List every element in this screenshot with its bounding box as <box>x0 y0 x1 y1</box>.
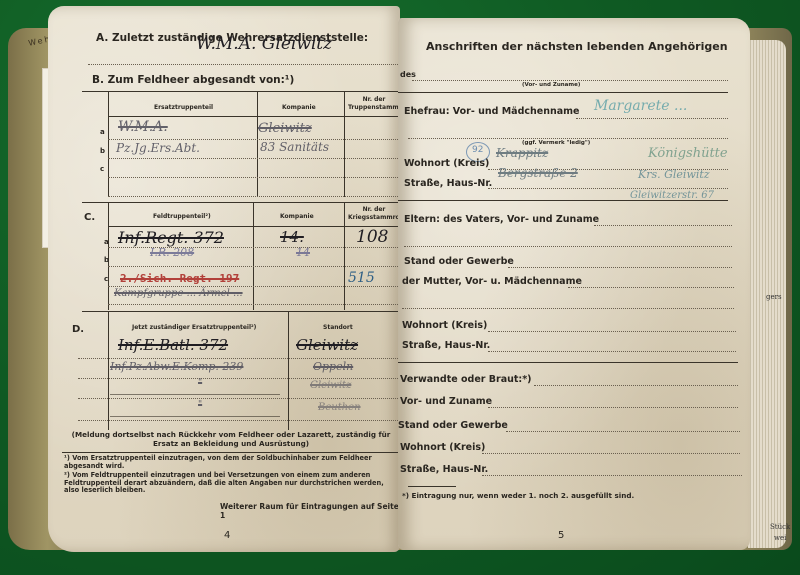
b-row-a-company: Gleiwitz <box>258 121 312 136</box>
col-header: Nr. der Kriegsstammrolle <box>348 206 400 222</box>
edge-fragment: wei <box>774 534 786 542</box>
table-vline <box>344 92 345 197</box>
dotted-line <box>78 398 400 399</box>
strasse-value: Krs. Gleiwitz <box>638 168 710 181</box>
dotted-line <box>568 287 734 288</box>
dotted-line <box>108 177 400 178</box>
continuation-note: Weiterer Raum für Eintragungen auf Seite… <box>220 502 400 520</box>
col-header: Nr. der Truppenstammrolle <box>348 96 400 112</box>
c-row-a-unit: Inf.Regt. 372 <box>118 228 224 247</box>
c-row-extra: Kampfgruppe ... Ärmel ... <box>114 288 243 299</box>
dotted-line <box>412 80 728 81</box>
strasse-struck: Bergstraße 2 <box>498 166 578 180</box>
col-header: Feldtruppenteil²) <box>153 213 211 220</box>
section-rule <box>398 200 728 201</box>
field-label: Straße, Haus-Nr. <box>402 340 490 351</box>
section-rule <box>398 362 738 363</box>
table-vline <box>257 92 258 197</box>
dotted-line <box>108 158 400 159</box>
c-row-b-company: 14 <box>296 246 310 259</box>
dotted-line <box>88 64 398 65</box>
row-letter: b <box>104 256 109 264</box>
table-vline <box>108 92 109 197</box>
dotted-line <box>482 453 740 454</box>
dotted-line <box>78 420 400 421</box>
right-page-title: Anschriften der nächsten lebenden Angehö… <box>426 40 728 53</box>
col-header: Standort <box>323 324 353 331</box>
table-rule <box>82 202 400 203</box>
dotted-line <box>408 138 728 139</box>
left-page: A. Zuletzt zuständige Wehrersatzdienstst… <box>48 6 400 552</box>
field-label: Vor- und Zuname <box>400 396 492 407</box>
field-label: Wohnort (Kreis) <box>400 442 485 453</box>
b-row-b-unit: Pz.Jg.Ers.Abt. <box>116 141 200 155</box>
right-footnote: *) Eintragung nur, wenn weder 1. noch 2.… <box>402 491 634 500</box>
d-row-3-unit: " <box>198 378 202 388</box>
table-vline <box>108 312 109 430</box>
c-row-c-red-stamp: 2./Sich. Regt. 197 <box>120 272 239 285</box>
field-label: der Mutter, Vor- u. Mädchenname <box>402 276 582 287</box>
c-row-b-unit: I.R. 208 <box>150 246 194 259</box>
footnote-rule <box>408 486 456 487</box>
d-row-3-location: Gleiwitz <box>310 380 351 391</box>
table-vline <box>344 203 345 310</box>
table-rule <box>62 452 400 453</box>
row-letter: c <box>104 275 108 283</box>
row-letter: b <box>100 147 105 155</box>
dotted-line <box>508 267 732 268</box>
field-label: Verwandte oder Braut:*) <box>400 374 532 385</box>
dotted-line <box>108 286 400 287</box>
field-label: Stand oder Gewerbe <box>398 420 508 431</box>
table-rule <box>108 116 400 117</box>
dotted-line <box>576 118 728 119</box>
edge-fragment: Stück <box>770 523 790 531</box>
right-page: Anschriften der nächsten lebenden Angehö… <box>398 18 750 550</box>
field-label: Stand oder Gewerbe <box>404 256 514 267</box>
page-number-left: 4 <box>224 530 230 541</box>
footnote-2: ²) Vom Feldtruppenteil einzutragen und b… <box>64 472 400 495</box>
field-label: des <box>400 70 416 79</box>
dotted-line <box>482 475 742 476</box>
dotted-line <box>78 358 400 359</box>
dotted-line <box>534 385 738 386</box>
col-header: Ersatztruppenteil <box>154 104 213 111</box>
dotted-line <box>404 246 732 247</box>
dotted-line <box>488 407 738 408</box>
table-rule <box>82 311 400 312</box>
section-d-label: D. <box>72 324 84 335</box>
table-vline <box>253 203 254 310</box>
field-label: Straße, Haus-Nr. <box>400 464 488 475</box>
col-header: Kompanie <box>280 213 314 220</box>
d-row-4-location: Beuthen <box>318 402 361 413</box>
dotted-line <box>594 225 732 226</box>
field-sublabel: (Vor- und Zuname) <box>522 82 580 88</box>
section-rule <box>398 92 728 93</box>
dotted-line <box>488 351 736 352</box>
footnote-1: ¹) Vom Ersatztruppenteil einzutragen, vo… <box>64 455 400 470</box>
b-row-b-company: 83 Sanitäts <box>260 140 329 154</box>
col-header: Kompanie <box>282 104 316 111</box>
dotted-line <box>488 331 736 332</box>
c-row-a-company: 14. <box>280 228 304 246</box>
wohnort-struck: Krappitz <box>496 146 548 160</box>
page-number-right: 5 <box>558 530 564 541</box>
table-rule <box>82 91 400 92</box>
b-row-a-unit: W.M.A. <box>118 119 168 135</box>
d-row-1-unit: Inf.E.Batl. 372 <box>118 336 228 354</box>
section-a-handwriting: W.M.A. Gleiwitz <box>196 34 332 54</box>
section-d-note: (Meldung dortselbst nach Rückkehr vom Fe… <box>62 430 400 448</box>
row-letter: c <box>100 165 104 173</box>
row-letter: a <box>100 128 105 136</box>
d-row-1-location: Gleiwitz <box>296 336 358 354</box>
dotted-line <box>108 139 400 140</box>
c-row-c-number: 515 <box>348 270 375 286</box>
field-label: Wohnort (Kreis) <box>402 320 487 331</box>
dotted-line <box>402 308 734 309</box>
strike-line <box>110 416 280 417</box>
dotted-line <box>108 196 400 197</box>
field-label: Straße, Haus-Nr. <box>404 178 492 189</box>
section-b-label: B. Zum Feldheer abgesandt von:¹) <box>92 74 294 86</box>
dotted-line <box>108 266 400 267</box>
circle-stamp-text: 92 <box>472 145 483 155</box>
field-label: Wohnort (Kreis) <box>404 158 489 169</box>
d-row-2-location: Oppeln <box>313 360 353 373</box>
wife-name-handwriting: Margarete ... <box>594 98 687 114</box>
dotted-line <box>488 188 728 189</box>
dotted-line <box>108 304 400 305</box>
section-c-label: C. <box>84 212 95 223</box>
dotted-line <box>506 431 740 432</box>
row-letter: a <box>104 238 109 246</box>
dotted-line <box>78 378 400 379</box>
field-label: Ehefrau: Vor- und Mädchenname <box>404 106 580 117</box>
field-label: Eltern: des Vaters, Vor- und Zuname <box>404 214 599 225</box>
d-row-4-unit: " <box>198 400 202 410</box>
c-row-a-number: 108 <box>356 227 388 247</box>
d-row-2-unit: Inf.Pz.Abw.E.Komp. 239 <box>110 360 243 373</box>
edge-fragment: gers <box>766 293 782 301</box>
strike-line <box>110 394 280 395</box>
col-header: Jetzt zuständiger Ersatztruppenteil²) <box>132 324 256 331</box>
wohnort-value: Königshütte <box>648 146 728 161</box>
table-vline <box>288 312 289 430</box>
